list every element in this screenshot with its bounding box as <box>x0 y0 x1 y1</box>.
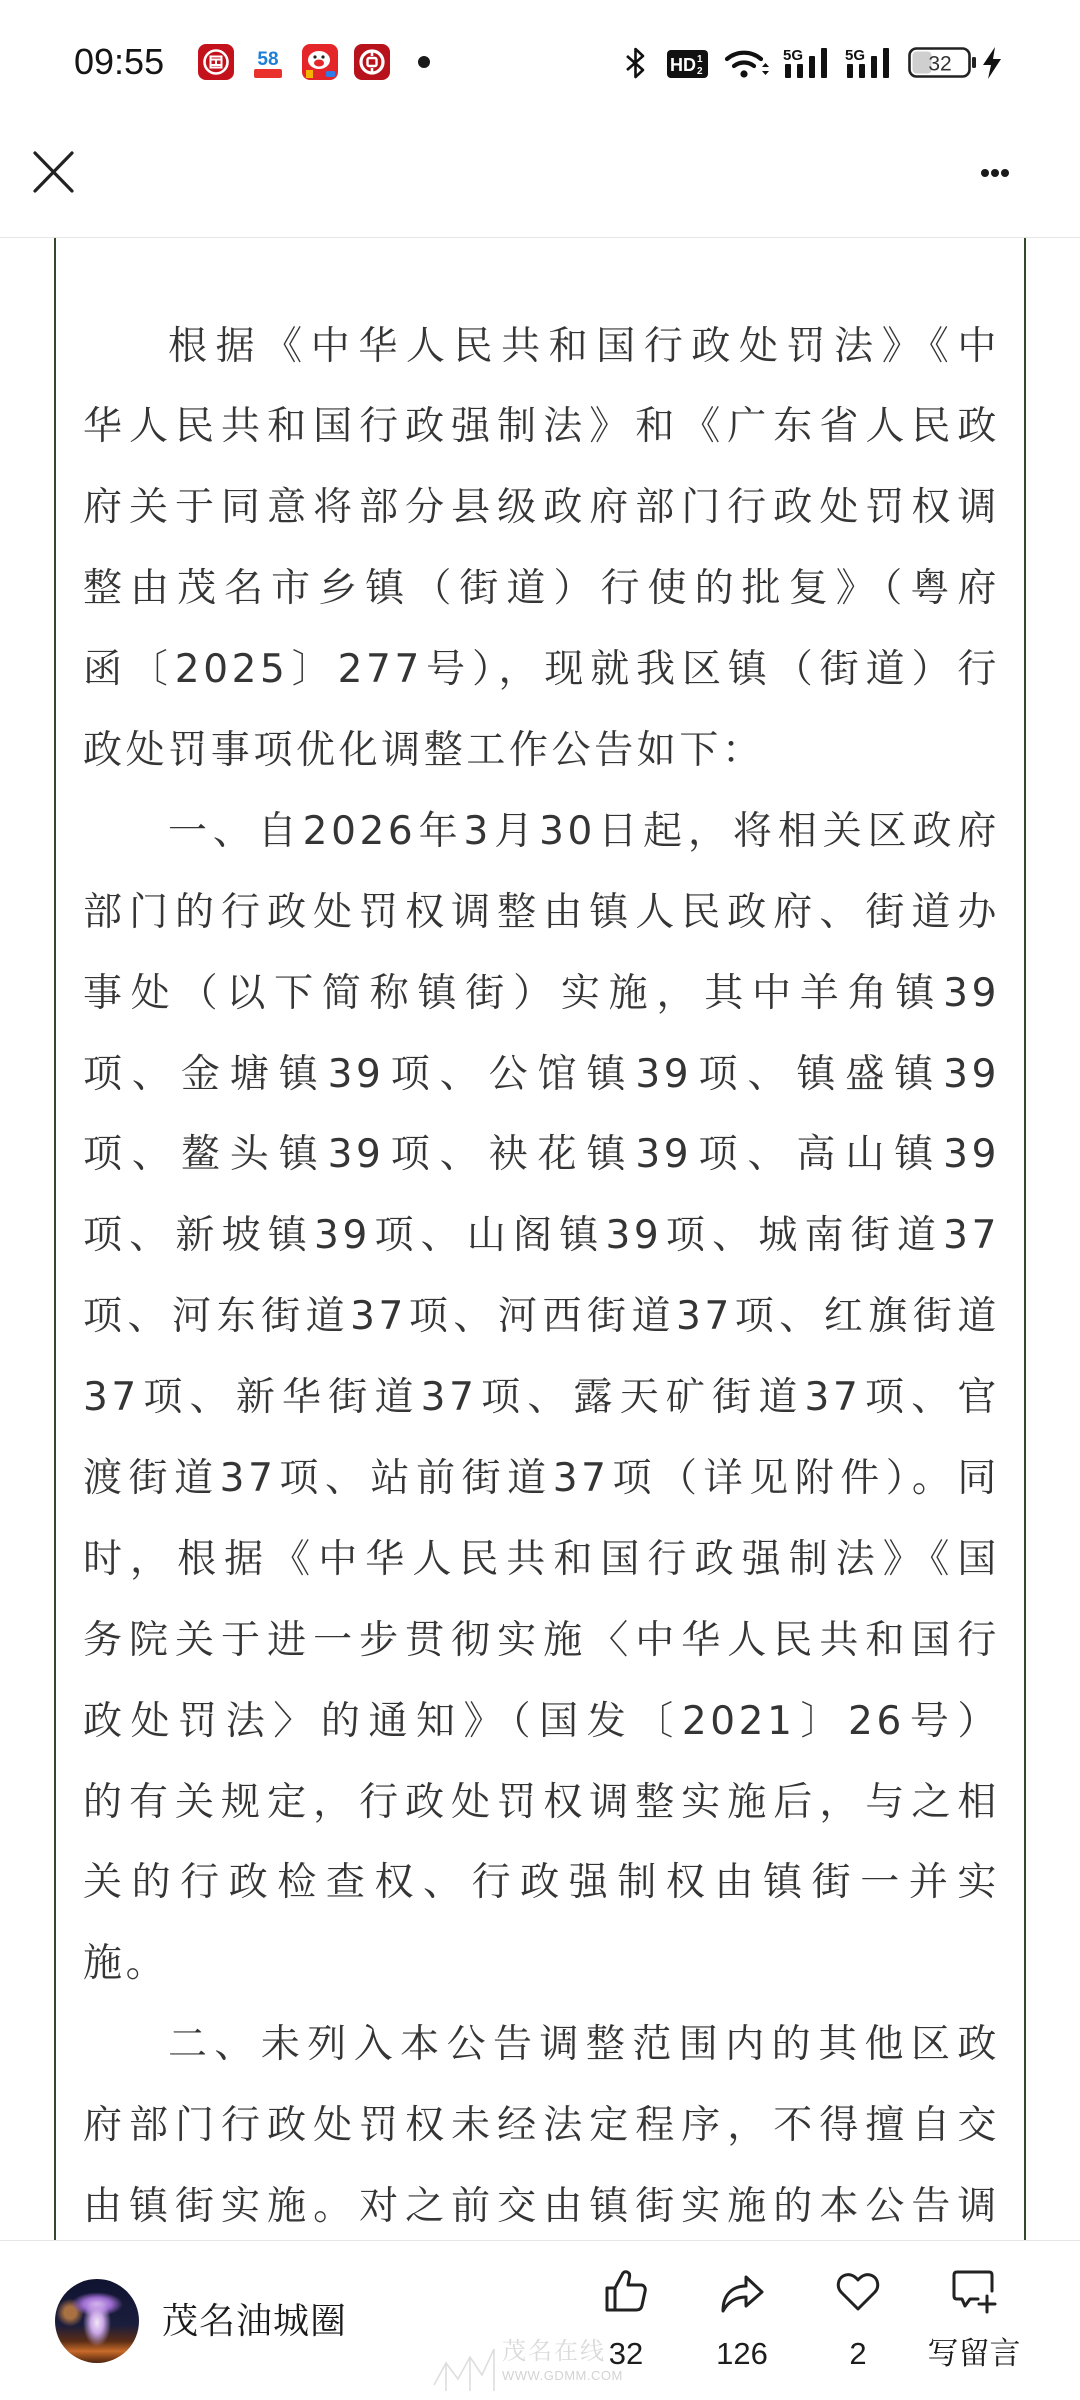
battery-icon: 32 <box>908 47 978 79</box>
article-line: 整由茂名市乡镇（街道）行使的批复》（粤府 <box>83 549 1000 630</box>
favorite-button[interactable]: 2 <box>798 2267 918 2387</box>
svg-text:5G: 5G <box>783 47 803 64</box>
article-line: 一、自2026年3月30日起，将相关区政府 <box>83 792 1000 873</box>
close-icon <box>30 149 76 195</box>
article-line: 项、金塘镇39项、公馆镇39项、镇盛镇39 <box>83 1035 1000 1116</box>
comment-add-icon <box>950 2267 998 2315</box>
like-button[interactable]: 32 <box>566 2267 686 2387</box>
more-icon <box>975 160 1015 186</box>
header-bar <box>0 110 1080 238</box>
article-line: 的有关规定，行政处罚权调整实施后，与之相 <box>83 1763 1000 1844</box>
article-line: 务院关于进一步贯彻实施〈中华人民共和国行 <box>83 1601 1000 1682</box>
article-content[interactable]: 根据《中华人民共和国行政处罚法》《中 华人民共和国行政强制法》和《广东省人民政 … <box>0 238 1080 2240</box>
watermark-logo-icon <box>432 2335 502 2395</box>
article-line: 项、河东街道37项、河西街道37项、红旗街道 <box>83 1277 1000 1358</box>
favorite-count: 2 <box>798 2337 918 2371</box>
article-line: 府部门行政处罚权未经法定程序，不得擅自交 <box>83 2086 1000 2167</box>
icbc-app-icon <box>198 44 234 80</box>
write-comment-button[interactable]: 写留言 <box>914 2267 1034 2387</box>
article-line: 渡街道37项、站前街道37项（详见附件）。同 <box>83 1439 1000 1520</box>
account-avatar[interactable] <box>55 2279 139 2363</box>
article-line: 项、新坡镇39项、山阁镇39项、城南街道37 <box>83 1196 1000 1277</box>
svg-text:1: 1 <box>697 54 703 65</box>
article-line: 关的行政检查权、行政强制权由镇街一并实 <box>83 1843 1000 1924</box>
article-line: 施。 <box>83 1924 1000 2005</box>
article-body: 根据《中华人民共和国行政处罚法》《中 华人民共和国行政强制法》和《广东省人民政 … <box>83 307 1000 2241</box>
article-line: 时，根据《中华人民共和国行政强制法》《国 <box>83 1520 1000 1601</box>
svg-text:HD: HD <box>670 55 696 75</box>
account-name[interactable]: 茂名油城圈 <box>162 2301 347 2343</box>
jd-app-icon <box>302 44 338 80</box>
share-arrow-icon <box>718 2267 766 2315</box>
article-line: 二、未列入本公告调整范围内的其他区政 <box>83 2005 1000 2086</box>
svg-text:2: 2 <box>697 66 703 77</box>
hd-voice-icon: HD 1 2 <box>667 50 708 78</box>
article-line: 华人民共和国行政强制法》和《广东省人民政 <box>83 387 1000 468</box>
wifi-icon <box>723 47 771 79</box>
article-line: 根据《中华人民共和国行政处罚法》《中 <box>83 307 1000 388</box>
share-button[interactable]: 126 <box>682 2267 802 2387</box>
article-line: 政处罚事项优化调整工作公告如下： <box>83 711 1000 792</box>
close-button[interactable] <box>30 149 76 195</box>
article-line: 部门的行政处罚权调整由镇人民政府、街道办 <box>83 873 1000 954</box>
article-line: 由镇街实施。对之前交由镇街实施的本公告调 <box>83 2167 1000 2240</box>
status-bar: 09:55 58 <box>0 0 1080 110</box>
bluetooth-icon <box>623 47 649 79</box>
status-time: 09:55 <box>74 40 164 84</box>
article-line: 项、鳌头镇39项、袂花镇39项、高山镇39 <box>83 1115 1000 1196</box>
article-line: 函〔2025〕277号），现就我区镇（街道）行 <box>83 630 1000 711</box>
more-options-button[interactable] <box>975 160 1015 186</box>
more-notifications-dot <box>418 56 430 68</box>
share-count: 126 <box>682 2337 802 2371</box>
58-app-icon: 58 <box>250 44 286 80</box>
svg-text:58: 58 <box>257 49 278 70</box>
charging-bolt-icon <box>981 47 1003 79</box>
article-line: 政处罚法〉的通知》（国发〔2021〕26号） <box>83 1682 1000 1763</box>
article-line: 事处（以下简称镇街）实施，其中羊角镇39 <box>83 954 1000 1035</box>
cellular-signal-2-icon: 5G <box>845 47 893 79</box>
bank-of-china-app-icon <box>354 44 390 80</box>
thumbs-up-icon <box>602 2267 650 2315</box>
article-line: 37项、新华街道37项、露天矿街道37项、官 <box>83 1358 1000 1439</box>
bottom-action-bar: 茂名油城圈 32 126 2 写留言 茂名在线 WWW.GDMM.COM <box>0 2240 1080 2400</box>
cellular-signal-1-icon: 5G <box>783 47 831 79</box>
write-comment-label: 写留言 <box>914 2337 1034 2371</box>
svg-text:5G: 5G <box>845 47 865 64</box>
heart-icon <box>834 2267 882 2315</box>
svg-text:32: 32 <box>928 53 951 76</box>
article-line: 府关于同意将部分县级政府部门行政处罚权调 <box>83 468 1000 549</box>
like-count: 32 <box>566 2337 686 2371</box>
